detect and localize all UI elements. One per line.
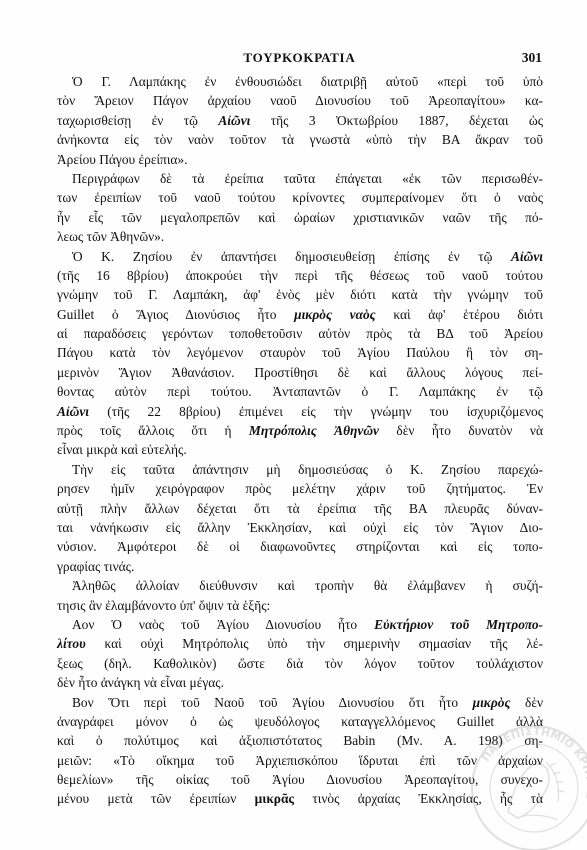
- italic-emphasis: Αἰῶνι: [218, 113, 250, 128]
- text-line: γραφίας τινάς.: [57, 557, 543, 576]
- text-line: ξεως (δηλ. Καθολικὸν) ὥστε διὰ τὸν λόγον…: [57, 654, 543, 673]
- seal-text: ΠΑΝΕΠΙΣΤΗΜΙΟ ΚΡΗΤΗΣ: [479, 725, 587, 800]
- text-line: εἶναι μικρὰ καὶ εὐτελής.: [57, 440, 543, 459]
- text-line: Αἰῶνι (τῆς 22 8βρίου) ἐπιμένει εἰς τὴν γ…: [57, 402, 543, 421]
- italic-emphasis: λίτου: [57, 636, 86, 651]
- text-line: τὸν Ἄρειον Πάγον ἀρχαίου ναοῦ Διονυσίου …: [57, 91, 543, 110]
- text-line: δὲν ἦτο ἀνάγκη νὰ εἶναι μέγας.: [57, 673, 543, 692]
- text-line: ἀνήκοντα εἰς τὸν ναὸν τοῦτον τὰ γνωστὰ «…: [57, 130, 543, 149]
- text-line: Τὴν εἰς ταῦτα ἀπάντησιν μὴ δημοσιεύσας ὁ…: [57, 460, 543, 479]
- text-line: γνώμην τοῦ Γ. Λαμπάκη, ἀφ' ἑνὸς μὲν διότ…: [57, 285, 543, 304]
- text-line: των ἐρειπίων τοῦ ναοῦ τούτου κρίνοντες σ…: [57, 188, 543, 207]
- text-line: Περιγράφων δὲ τὰ ἐρείπια ταῦτα ἐπάγεται …: [57, 169, 543, 188]
- university-seal-watermark-icon: ΠΑΝΕΠΙΣΤΗΜΙΟ ΚΡΗΤΗΣ: [468, 722, 587, 850]
- text-line: (τῆς 16 8βρίου) ἀποκρούει τὴν περὶ τῆς θ…: [57, 266, 543, 285]
- bold-emphasis: μικρᾶς: [255, 791, 294, 806]
- text-line: Ἀληθῶς ἀλλοίαν διεύθυνσιν καὶ τροπὴν θὰ …: [57, 576, 543, 595]
- text-line: Ἀρείου Πάγου ἐρείπια».: [57, 150, 543, 169]
- text-line: τησις ἂν ἐλαμβάνοντο ὑπ' ὄψιν τὰ ἑξῆς:: [57, 596, 543, 615]
- text-line: αἱ παραδόσεις γερόντων τοποθετοῦσιν αὐτὸ…: [57, 324, 543, 343]
- italic-emphasis: Μητρόπολις Ἀθηνῶν: [249, 423, 379, 438]
- italic-emphasis: Αἰῶνι: [511, 249, 543, 264]
- text-line: Ὁ Γ. Λαμπάκης ἐν ἐνθουσιώδει διατριβῇ αὐ…: [57, 72, 543, 91]
- text-line: λεως τῶν Ἀθηνῶν».: [57, 227, 543, 246]
- text-line: ἦν εἷς τῶν μεγαλοπρεπῶν καὶ ὡραίων χριστ…: [57, 208, 543, 227]
- body-text: Ὁ Γ. Λαμπάκης ἐν ἐνθουσιώδει διατριβῇ αὐ…: [57, 72, 543, 809]
- italic-emphasis: μικρὸς: [473, 695, 511, 710]
- text-line: θοντας αὐτὸν περὶ τούτου. Ἀνταπαντῶν ὁ Γ…: [57, 382, 543, 401]
- text-line: μερινὸν Ἅγιον Ἀθανάσιον. Προστίθησι δὲ κ…: [57, 363, 543, 382]
- italic-emphasis: Αἰῶνι: [57, 404, 89, 419]
- italic-emphasis: Εὐκτήριον τοῦ Μητροπο-: [374, 617, 543, 632]
- text-line: Guillet ὁ Ἅγιος Διονύσιος ἦτο μικρὸς ναὸ…: [57, 305, 543, 324]
- text-line: ται νἀνήκωσιν εἰς ἄλλην Ἐκκλησίαν, καὶ ο…: [57, 518, 543, 537]
- text-line: πρὸς τοῖς ἄλλοις ὅτι ἡ Μητρόπολις Ἀθηνῶν…: [57, 421, 543, 440]
- running-header: ΤΟΥΡΚΟΚΡΑΤΙΑ 301: [57, 48, 542, 68]
- scanned-book-page: ΤΟΥΡΚΟΚΡΑΤΙΑ 301 Ὁ Γ. Λαμπάκης ἐν ἐνθουσ…: [0, 0, 587, 850]
- text-line: ρησεν ἡμῖν χειρόγραφον πρὸς μελέτην χάρι…: [57, 479, 543, 498]
- text-line: Βον Ὅτι περὶ τοῦ Ναοῦ τοῦ Ἁγίου Διονυσίο…: [57, 693, 543, 712]
- running-title: ΤΟΥΡΚΟΚΡΑΤΙΑ: [57, 50, 542, 66]
- text-line: ταχωρισθείσῃ ἐν τῷ Αἰῶνι τῆς 3 Ὀκτωβρίου…: [57, 111, 543, 130]
- svg-text:ΠΑΝΕΠΙΣΤΗΜΙΟ ΚΡΗΤΗΣ: ΠΑΝΕΠΙΣΤΗΜΙΟ ΚΡΗΤΗΣ: [479, 725, 587, 800]
- text-line: λίτου καὶ οὐχὶ Μητρόπολις ὑπὸ τὴν σημερι…: [57, 634, 543, 653]
- italic-emphasis: μικρὸς ναὸς: [294, 307, 376, 322]
- page-number: 301: [522, 50, 542, 66]
- text-line: Ὁ Κ. Ζησίου ἐν ἀπαντήσει δημοσιευθείσῃ ἐ…: [57, 247, 543, 266]
- text-line: Αον Ὁ ναὸς τοῦ Ἁγίου Διονυσίου ἦτο Εὐκτή…: [57, 615, 543, 634]
- text-line: νύσιον. Ἀμφότεροι δὲ οἱ διαφωνοῦντες στη…: [57, 537, 543, 556]
- text-line: Πάγου κατὰ τὸν λεγόμενον σταυρὸν τοῦ Ἁγί…: [57, 343, 543, 362]
- text-line: αὐτῇ πλὴν ἄλλων δέχεται ὅτι τὰ ἐρείπια τ…: [57, 499, 543, 518]
